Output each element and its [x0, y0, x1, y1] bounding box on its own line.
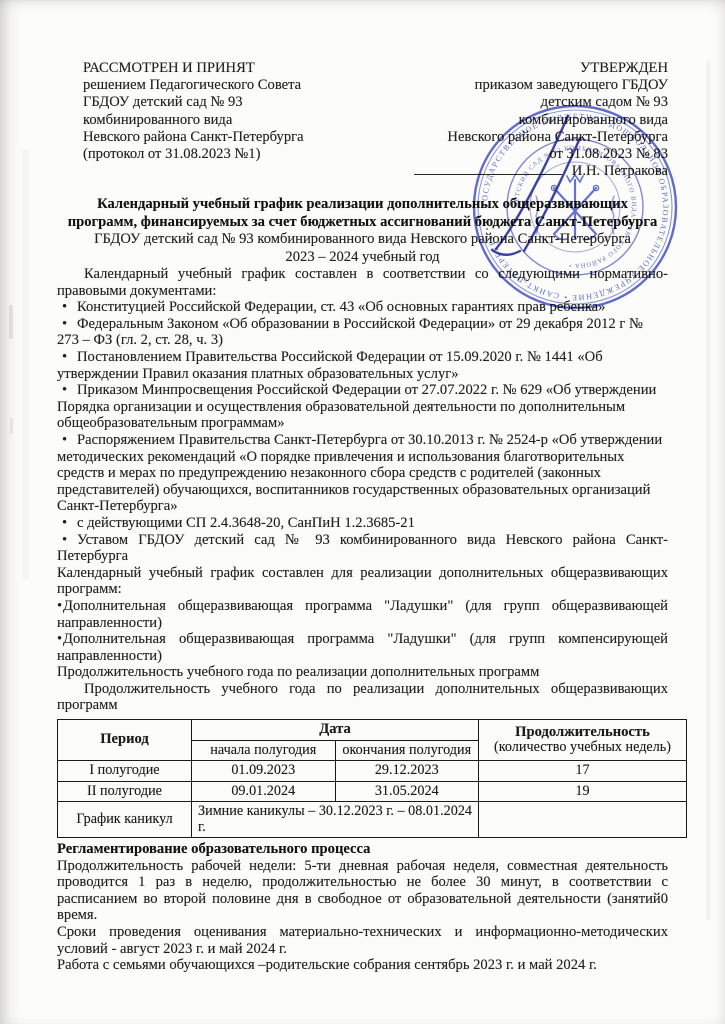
list-item: •Конституцией Российской Федерации, ст. … [57, 299, 668, 316]
list-item-text: Уставом ГБДОУ детский сад № 93 комбиниро… [57, 532, 668, 565]
end-date-cell: 29.12.2023 [335, 761, 479, 782]
bullet-icon: • [62, 349, 77, 366]
vacation-row: График каникул Зимние каникулы – 30.12.2… [58, 802, 687, 838]
document-title: Календарный учебный график реализации до… [57, 196, 668, 266]
period-cell: II полугодие [58, 781, 192, 802]
approved-title: УТВЕРЖДЕН [362, 60, 668, 77]
col-duration-header: Продолжительность (количество учебных не… [479, 720, 687, 761]
list-item-text: Конституцией Российской Федерации, ст. 4… [77, 299, 605, 315]
table-header-row: Период Дата Продолжительность (количеств… [58, 720, 687, 741]
col-date-header: Дата [192, 720, 479, 741]
reviewed-line: комбинированного вида [83, 112, 362, 129]
list-item-text: с действующими СП 2.4.3648-20, СанПиН 1.… [77, 515, 415, 531]
empty-cell [479, 802, 687, 838]
vacation-value-cell: Зимние каникулы – 30.12.2023 г. – 08.01.… [192, 802, 479, 838]
signature-row: И.Н. Петракова [362, 163, 668, 180]
duration-header-line2: (количество учебных недель) [494, 739, 671, 755]
list-item: •Распоряжением Правительства Санкт-Петер… [57, 432, 668, 515]
reviewed-line: (протокол от 31.08.2023 №1) [83, 146, 362, 163]
document-content: РАССМОТРЕН И ПРИНЯТ решением Педагогичес… [0, 0, 725, 974]
approval-header: РАССМОТРЕН И ПРИНЯТ решением Педагогичес… [57, 60, 668, 180]
list-item: •с действующими СП 2.4.3648-20, СанПиН 1… [57, 515, 668, 532]
regulation-heading: Регламентирование образовательного проце… [57, 841, 668, 858]
reviewed-title: РАССМОТРЕН И ПРИНЯТ [83, 60, 362, 77]
list-item-text: Приказом Минпросвещения Российской Федер… [57, 382, 656, 431]
title-line-bold: программ, финансируемых за счет бюджетны… [57, 214, 668, 231]
program-item: •Дополнительная общеразвивающая программ… [57, 631, 668, 664]
signature-line [414, 173, 562, 175]
bullet-icon: • [62, 316, 77, 333]
list-item: •Уставом ГБДОУ детский сад № 93 комбинир… [57, 532, 668, 565]
list-item: •Приказом Минпросвещения Российской Феде… [57, 382, 668, 432]
schedule-table: Период Дата Продолжительность (количеств… [57, 719, 687, 838]
list-item-text: Распоряжением Правительства Санкт-Петерб… [57, 432, 662, 514]
list-item: •Федеральным Законом «Об образовании в Р… [57, 316, 668, 349]
families-paragraph: Работа с семьями обучающихся –родительск… [57, 957, 668, 974]
bullet-icon: • [62, 432, 77, 449]
title-year-line: 2023 – 2024 учебный год [57, 249, 668, 266]
programs-intro: Календарный учебный график составлен для… [57, 565, 668, 598]
start-date-cell: 09.01.2024 [192, 781, 336, 802]
approved-line: комбинированного вида [362, 112, 668, 129]
table-row: II полугодие 09.01.2024 31.05.2024 19 [58, 781, 687, 802]
terms-paragraph: Сроки проведения оценивания материально-… [57, 924, 668, 957]
normative-list: •Конституцией Российской Федерации, ст. … [57, 299, 668, 565]
approved-line: Невского района Санкт-Петербурга [362, 129, 668, 146]
intro-paragraph: Календарный учебный график составлен в с… [57, 266, 668, 299]
list-item-text: Федеральным Законом «Об образовании в Ро… [57, 316, 643, 349]
list-item-text: Постановлением Правительства Российской … [57, 349, 603, 382]
start-date-cell: 01.09.2023 [192, 761, 336, 782]
period-cell: I полугодие [58, 761, 192, 782]
title-line-bold: Календарный учебный график реализации до… [57, 196, 668, 213]
weeks-cell: 17 [479, 761, 687, 782]
regulation-paragraph: Продолжительность рабочей недели: 5-ти д… [57, 858, 668, 924]
program-item: •Дополнительная общеразвивающая программ… [57, 598, 668, 631]
col-period-header: Период [58, 720, 192, 761]
duration-header-line1: Продолжительность [515, 724, 650, 740]
reviewed-line: Невского района Санкт-Петербурга [83, 129, 362, 146]
bullet-icon: • [62, 382, 77, 399]
reviewed-line: решением Педагогического Совета [83, 77, 362, 94]
list-item: •Постановлением Правительства Российской… [57, 349, 668, 382]
reviewed-block: РАССМОТРЕН И ПРИНЯТ решением Педагогичес… [83, 60, 362, 180]
vacation-label-cell: График каникул [58, 802, 192, 838]
subcol-end-header: окончания полугодия [335, 740, 479, 761]
duration-subheading: Продолжительность учебного года по реали… [57, 681, 668, 714]
reviewed-line: ГБДОУ детский сад № 93 [83, 94, 362, 111]
approved-line: детским садом № 93 [362, 94, 668, 111]
bullet-icon: • [62, 299, 77, 316]
end-date-cell: 31.05.2024 [335, 781, 479, 802]
approved-line: приказом заведующего ГБДОУ [362, 77, 668, 94]
weeks-cell: 19 [479, 781, 687, 802]
program-item-text: Дополнительная общеразвивающая программа… [57, 598, 668, 631]
program-item-text: Дополнительная общеразвивающая программа… [57, 631, 668, 664]
signer-name: И.Н. Петракова [572, 163, 668, 179]
subcol-start-header: начала полугодия [192, 740, 336, 761]
title-org-line: ГБДОУ детский сад № 93 комбинированного … [57, 231, 668, 248]
approved-block: УТВЕРЖДЕН приказом заведующего ГБДОУ дет… [362, 60, 668, 180]
table-row: I полугодие 01.09.2023 29.12.2023 17 [58, 761, 687, 782]
scanned-document-page: РАССМОТРЕН И ПРИНЯТ решением Педагогичес… [0, 0, 725, 1024]
bullet-icon: • [62, 532, 77, 549]
bullet-icon: • [62, 515, 77, 532]
approved-line: от 31.08.2023 № 83 [362, 146, 668, 163]
duration-heading: Продолжительность учебного года по реали… [57, 664, 668, 681]
